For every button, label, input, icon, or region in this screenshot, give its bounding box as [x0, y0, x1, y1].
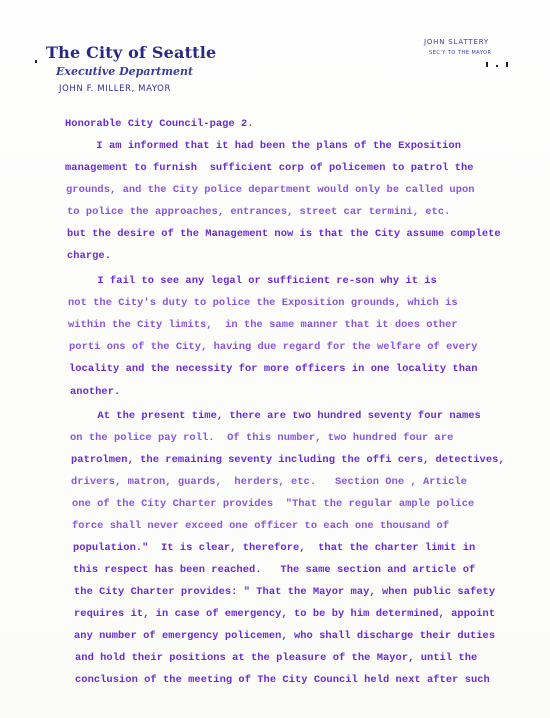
letter-line: patrolmen, the remaining seventy includi… [71, 454, 505, 466]
letter-line: the City Charter provides: " That the Ma… [74, 586, 495, 598]
letter-heading: Honorable City Council-page 2. [65, 118, 254, 130]
letter-line: At the present time, there are two hundr… [66, 410, 481, 422]
letter-line: management to furnish sufficient corp of… [65, 162, 474, 174]
letter-line: this respect has been reached. The same … [73, 564, 475, 576]
letter-body: Honorable City Council-page 2. I am info… [0, 0, 550, 718]
letter-line: any number of emergency policemen, who s… [74, 630, 495, 642]
letter-line: requires it, in case of emergency, to be… [74, 608, 495, 620]
letter-line: I am informed that it had been the plans… [65, 140, 461, 152]
letter-line: and hold their positions at the pleasure… [75, 652, 477, 664]
letter-line: another. [70, 386, 120, 398]
letter-line: porti ons of the City, having due regard… [69, 341, 478, 353]
letter-line: grounds, and the City police department … [66, 184, 475, 196]
letter-line: to police the approaches, entrances, str… [67, 206, 450, 218]
letter-line: but the desire of the Management now is … [67, 228, 501, 240]
letter-line: within the City limits, in the same mann… [68, 319, 458, 331]
letter-line: population." It is clear, therefore, tha… [73, 542, 475, 554]
letter-line: charge. [67, 250, 111, 262]
letter-line: force shall never exceed one officer to … [72, 520, 449, 532]
letter-line: one of the City Charter provides "That t… [72, 498, 474, 510]
letter-line: not the City's duty to police the Exposi… [68, 297, 458, 309]
letter-line: conclusion of the meeting of The City Co… [75, 674, 490, 686]
letter-line: I fail to see any legal or sufficient re… [66, 275, 437, 287]
letter-page: The City of Seattle Executive Department… [0, 0, 550, 718]
letter-line: on the police pay roll. Of this number, … [70, 432, 453, 444]
letter-line: drivers, matron, guards, herders, etc. S… [71, 476, 467, 488]
letter-line: locality and the necessity for more offi… [69, 363, 478, 375]
